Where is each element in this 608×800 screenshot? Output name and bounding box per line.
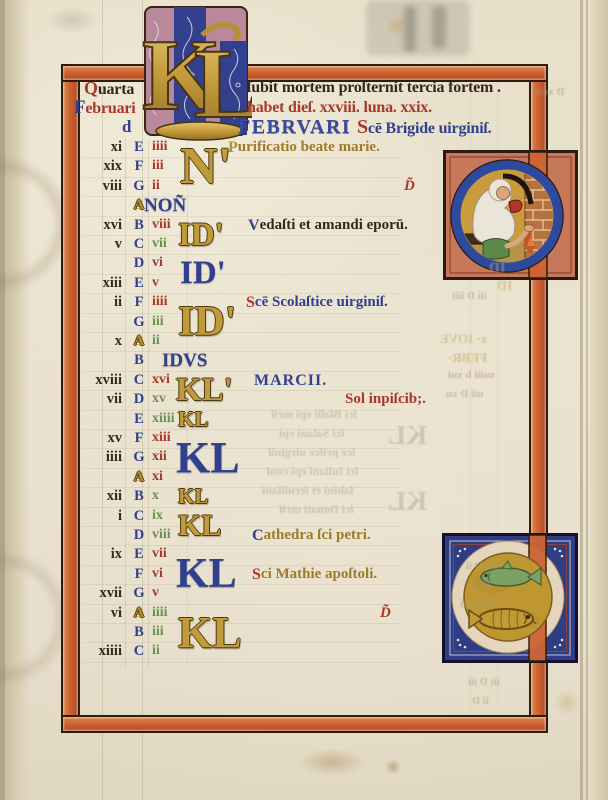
feast-initial: S	[246, 294, 255, 311]
month-title: FEBRVARI	[238, 116, 351, 139]
dominical-letter: E	[128, 546, 150, 563]
page-edge-line	[586, 0, 588, 800]
feb1-dominical-letter: d	[122, 117, 131, 137]
verso-roundel-ghost	[0, 158, 70, 290]
dominical-letter: F	[128, 566, 150, 583]
feast-initial: C	[252, 527, 264, 544]
kalend-initial-kl: KL	[178, 603, 242, 665]
stain	[298, 748, 366, 776]
golden-number: ii	[82, 294, 122, 311]
verso-ghost-text: uii D xu	[446, 388, 483, 400]
feast-text: cē Scolaſtice uirginiſ.	[255, 294, 388, 311]
labor-miniature-art	[443, 150, 578, 280]
month-line-initial: F	[74, 97, 85, 118]
golden-number: vi	[82, 605, 122, 622]
month-line-left: ebruari	[85, 100, 135, 117]
verso-ghost-text: ID	[497, 279, 513, 295]
feast-text: urificatio beate marie.	[238, 139, 380, 156]
feb1-feast: Scē Brigide uirginiſ.	[357, 116, 492, 139]
dominical-letter: D	[128, 255, 150, 272]
dominical-letter: G	[128, 449, 150, 466]
kl-monogram-art: K L	[142, 5, 252, 141]
feast-text: MARCII.	[254, 372, 327, 390]
month-line-right: habet dieſ. xxviii. luna. xxix.	[247, 99, 432, 117]
kalend-initial-id: ID'	[178, 292, 236, 354]
line-filler-ornament: D̃	[380, 605, 391, 622]
frame-left-bar	[61, 64, 80, 733]
verso-initial-ghost	[366, 0, 470, 56]
verso-ghost-text: ii D	[472, 695, 489, 707]
verso-ghost-text: iii D iiii	[452, 290, 487, 302]
dominical-letter: E	[128, 139, 150, 156]
golden-number: v	[82, 236, 122, 253]
dominical-letter: B	[128, 217, 150, 234]
dominical-letter: E	[128, 275, 150, 292]
feast-text: cē Brigide uirginiſ.	[368, 120, 492, 137]
dominical-letter: B	[128, 352, 150, 369]
verso-ghost-text: ſci Blaſii epi mriſ	[271, 407, 357, 422]
verso-initial-ghost	[432, 6, 446, 48]
verso-ghost-text: ſce priſce uirginiſ	[268, 445, 355, 460]
feast-text: athedra ſci petri.	[264, 527, 371, 544]
golden-number: ix	[82, 546, 122, 563]
golden-number: xix	[82, 158, 122, 175]
verse-right: ſubit mortem proſternit tercia fortem .	[247, 79, 501, 97]
feast-label: Cathedra ſci petri.	[252, 527, 264, 545]
golden-number: x	[82, 333, 122, 350]
dominical-letter: E	[128, 411, 150, 428]
verso-roundel-ghost	[0, 552, 70, 684]
next-page-edge	[590, 0, 608, 800]
dominical-letter: F	[128, 294, 150, 311]
dominical-letter: D	[128, 391, 150, 408]
dominical-letter: G	[128, 585, 150, 602]
manuscript-page: K L Quarta ſubit mortem proſternit terci…	[0, 0, 608, 800]
dominical-letter: C	[128, 508, 150, 525]
feast-initial: S	[252, 566, 261, 583]
verse-initial: Q	[84, 78, 98, 98]
stain	[46, 6, 98, 34]
feast-label: Scē Scolaſtice uirginiſ.	[246, 294, 255, 312]
feast-text: ci Mathie apoſtoli.	[261, 566, 377, 583]
golden-number: xv	[82, 430, 122, 447]
verso-ghost-text: x· IOVE	[440, 331, 487, 347]
golden-number: xviii	[82, 372, 122, 389]
dominical-letter: G	[128, 314, 150, 331]
verso-ghost-text: ſci Iuliani epi conf	[266, 464, 358, 479]
kalend-initial-id: ID'	[180, 253, 226, 296]
golden-number: viii	[82, 178, 122, 195]
golden-number: xi	[82, 139, 122, 156]
stain	[384, 760, 402, 774]
verso-ghost-text: ſci Donati mriſ	[279, 502, 354, 517]
verso-ghost-text: ſabini et ſeruiliani	[262, 483, 353, 498]
astronomical-note: Sol inpiſcib;.	[345, 391, 426, 408]
verso-ghost-text: KL	[388, 420, 427, 451]
month-line: Februari	[74, 97, 136, 119]
golden-number: xiii	[82, 275, 122, 292]
kalend-initial-id: ID'	[178, 215, 224, 258]
verso-ghost-text: D xuii	[536, 86, 564, 98]
page-edge-line	[580, 0, 583, 800]
golden-number: xii	[82, 488, 122, 505]
verso-ghost-text: iiii D ii	[466, 560, 498, 572]
feast-initial: V	[248, 217, 260, 234]
feast-text: edaſti et amandi eporū.	[260, 217, 408, 234]
verse-line: Quarta	[84, 78, 134, 99]
verse-left: uarta	[98, 81, 134, 98]
golden-number: iiii	[82, 449, 122, 466]
frame-bottom-bar	[61, 715, 548, 733]
golden-number: i	[82, 508, 122, 525]
dominical-letter: G	[128, 178, 150, 195]
golden-number: xiiii	[82, 643, 122, 660]
feast-label: Vedaſti et amandi eporū.	[248, 217, 260, 235]
golden-number: xvii	[82, 585, 122, 602]
verso-ghost-text: ID	[489, 260, 506, 277]
feast-initial: S	[357, 116, 368, 138]
kl-monogram: K L	[142, 5, 252, 141]
verso-ghost-text: xuiii b xui	[448, 369, 495, 381]
dominical-letter: C	[128, 372, 150, 389]
verso-ghost-text: iii D iii	[468, 676, 500, 688]
dominical-letter: F	[128, 430, 150, 447]
verso-ghost-text: ſci Salani epi	[279, 426, 344, 441]
dominical-letter: A	[128, 469, 150, 486]
golden-number: vii	[82, 391, 122, 408]
dominical-letter: C	[128, 236, 150, 253]
dominical-letter: C	[128, 643, 150, 660]
verso-ghost-text: iii D	[470, 579, 490, 591]
dominical-letter: B	[128, 624, 150, 641]
stain	[552, 692, 582, 714]
kalend-initial-kl: KL	[176, 428, 240, 490]
kalend-initial-n: N'	[180, 137, 232, 199]
verso-ghost-text: FEBR·	[448, 350, 487, 366]
dominical-letter: F	[128, 158, 150, 175]
dominical-letter: D	[128, 527, 150, 544]
golden-number: xvi	[82, 217, 122, 234]
dominical-letter: B	[128, 488, 150, 505]
verso-ghost-text: KL	[388, 486, 427, 517]
labor-miniature	[443, 150, 578, 280]
dominical-letter: A	[128, 333, 150, 350]
verso-ghost-text: xui B iiii	[460, 598, 500, 610]
kalend-initial-kl: KL	[176, 544, 237, 606]
feast-label: Sci Mathie apoſtoli.	[252, 566, 261, 584]
line-filler-ornament: D̃	[404, 178, 415, 195]
dominical-letter: A	[128, 605, 150, 622]
kalend-initial-kl: KL	[178, 506, 221, 549]
stain	[386, 16, 408, 36]
